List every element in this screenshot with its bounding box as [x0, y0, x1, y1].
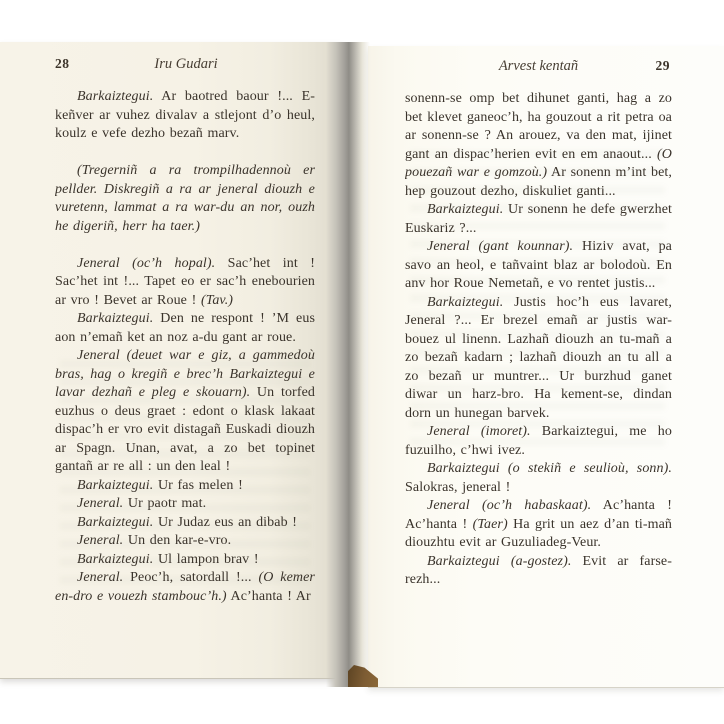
italic-text-run: Barkaiztegui (a-gostez). [427, 554, 571, 569]
italic-text-run: Barkaiztegui. [77, 515, 153, 530]
book-photo: 28 Iru Gudari 29 Arvest kentañ Barkaizte… [0, 0, 724, 724]
italic-text-run: Jeneral (oc’h habaskaat). [427, 498, 591, 513]
dialogue-paragraph: Barkaiztegui. Ul lampon brav ! [55, 551, 315, 570]
left-page-text-block: Barkaiztegui. Ar baotred baour !... E-ke… [55, 88, 315, 628]
dialogue-paragraph: Barkaiztegui. Ar baotred baour !... E-ke… [55, 88, 315, 144]
dialogue-paragraph: Barkaiztegui (o stekiñ e seulioù, sonn).… [405, 460, 672, 497]
text-run: sonenn-se omp bet dihunet ganti, hag a z… [405, 91, 672, 162]
dialogue-paragraph: Jeneral (oc’h habaskaat). Ac’hanta ! Ac’… [405, 497, 672, 553]
dialogue-paragraph: Jeneral. Ur paotr mat. [55, 495, 315, 514]
italic-text-run: Barkaiztegui (o stekiñ e seulioù, sonn). [427, 461, 672, 476]
dialogue-paragraph: Jeneral. Peoc’h, satordall !... (O kemer… [55, 569, 315, 606]
dialogue-paragraph: Barkaiztegui (a-gostez). Evit ar farse-r… [405, 553, 672, 590]
dialogue-paragraph: Barkaiztegui. Ur fas melen ! [55, 477, 315, 496]
italic-text-run: Jeneral. [77, 570, 123, 585]
dialogue-paragraph: Jeneral (deuet war e giz, a gammedoù bra… [55, 347, 315, 477]
dialogue-paragraph: Jeneral. Un den kar-e-vro. [55, 532, 315, 551]
italic-text-run: (Taer) [473, 517, 508, 532]
text-run: Peoc’h, satordall !... [123, 570, 258, 585]
italic-text-run: Jeneral (imoret). [427, 424, 531, 439]
dialogue-paragraph: Jeneral (gant kounnar). Hiziv avat, pa s… [405, 238, 672, 294]
right-page-number: 29 [656, 58, 671, 74]
stage-direction: (Tregerniñ a ra trompilhadennoù er pelld… [55, 162, 315, 236]
italic-text-run: Barkaiztegui. [427, 202, 503, 217]
left-running-head: 28 Iru Gudari [55, 56, 317, 74]
italic-text-run: Barkaiztegui. [427, 295, 503, 310]
italic-text-run: Barkaiztegui. [77, 478, 153, 493]
dialogue-paragraph: sonenn-se omp bet dihunet ganti, hag a z… [405, 90, 672, 201]
italic-text-run: Jeneral. [77, 496, 123, 511]
italic-text-run: Jeneral. [77, 533, 123, 548]
italic-text-run: Jeneral (gant kounnar). [427, 239, 573, 254]
italic-text-run: Barkaiztegui. [77, 552, 153, 567]
italic-text-run: Jeneral (oc’h hopal). [77, 256, 215, 271]
italic-text-run: Barkaiztegui. [77, 89, 153, 104]
text-run: Salokras, jeneral ! [405, 480, 510, 495]
dialogue-paragraph: Jeneral (oc’h hopal). Sac’het int ! Sac’… [55, 255, 315, 311]
dialogue-paragraph: Jeneral (imoret). Barkaiztegui, me ho fu… [405, 423, 672, 460]
text-run: Ur paotr mat. [123, 496, 206, 511]
italic-text-run: (Tav.) [201, 293, 233, 308]
left-page-number: 28 [55, 56, 70, 72]
text-run: Ur fas melen ! [153, 478, 242, 493]
text-run: Ur Judaz eus an dibab ! [153, 515, 297, 530]
dialogue-paragraph: Barkaiztegui. Justis hoc’h eus lavaret, … [405, 294, 672, 424]
dialogue-paragraph: Barkaiztegui. Ur Judaz eus an dibab ! [55, 514, 315, 533]
right-running-title: Arvest kentañ [405, 58, 672, 75]
text-run: Justis hoc’h eus lavaret, Jeneral ?... E… [405, 295, 672, 421]
text-run: Un den kar-e-vro. [123, 533, 231, 548]
italic-text-run: Barkaiztegui. [77, 311, 153, 326]
right-running-head: 29 Arvest kentañ [405, 58, 672, 76]
book-gutter-shadow [326, 42, 370, 687]
right-page-text-block: sonenn-se omp bet dihunet ganti, hag a z… [405, 90, 672, 630]
italic-text-run: (Tregerniñ a ra trompilhadennoù er pelld… [55, 163, 315, 234]
text-run: Ac’hanta ! Ar [227, 589, 311, 604]
dialogue-paragraph: Barkaiztegui. Den ne respont ! ’M eus ao… [55, 310, 315, 347]
text-run: Ul lampon brav ! [153, 552, 258, 567]
dialogue-paragraph: Barkaiztegui. Ur sonenn he defe gwerzhet… [405, 201, 672, 238]
left-running-title: Iru Gudari [55, 56, 317, 73]
